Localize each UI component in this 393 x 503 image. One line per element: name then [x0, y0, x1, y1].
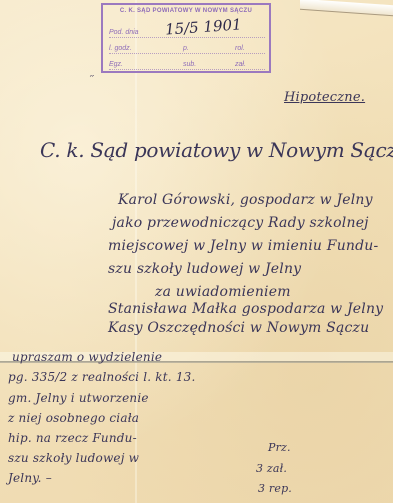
stamp-hour-end: rol. [235, 45, 245, 52]
stamp-copies-label: Egz. [109, 61, 123, 68]
petition-line: upraszam o wydzielenie [12, 350, 162, 364]
body-line: Stanisława Małka gospodarza w Jelny [108, 301, 383, 317]
document-category: Hipoteczne. [284, 90, 365, 105]
stamp-hour-label: l. godz. [109, 45, 132, 52]
body-line: Karol Górowski, gospodarz w Jelny [118, 192, 373, 208]
stamp-date-label: Pod. dnia [109, 29, 139, 36]
petition-line: szu szkoły ludowej w [8, 451, 139, 465]
petition-line: z niej osobnego ciała [8, 411, 139, 425]
body-line: jako przewodniczący Rady szkolnej [112, 215, 369, 231]
stamp-copies-mid: sub. [183, 61, 196, 68]
stamp-row-hour: l. godz. p. rol. [109, 41, 265, 54]
torn-paper-edge [300, 0, 393, 16]
stamp-hour-mid: p. [183, 45, 189, 52]
stamp-row-copies: Egz. sub. zał. [109, 57, 265, 70]
stamp-title: C. K. SĄD POWIATOWY W NOWYM SĄCZU [103, 8, 269, 14]
petition-line: gm. Jelny i utworzenie [8, 391, 149, 405]
attachments-line: Prz. [268, 441, 291, 454]
body-line: szu szkoły ludowej w Jelny [108, 261, 301, 277]
attachments-line: 3 rep. [258, 482, 292, 495]
petition-line: Jelny. – [8, 471, 52, 485]
ink-mark: ״ [89, 73, 95, 83]
court-receipt-stamp: C. K. SĄD POWIATOWY W NOWYM SĄCZU Pod. d… [101, 3, 271, 73]
attachments-line: 3 zał. [256, 462, 287, 475]
body-line: Kasy Oszczędności w Nowym Sączu [108, 320, 369, 336]
petition-line: hip. na rzecz Fundu- [8, 431, 137, 445]
body-line: miejscowej w Jelny w imieniu Fundu- [108, 238, 378, 254]
petition-line: pg. 335/2 z realności l. kt. 13. [8, 370, 196, 384]
body-line: za uwiadomieniem [155, 284, 291, 300]
document-addressee: C. k. Sąd powiatowy w Nowym Sączu [40, 138, 393, 162]
stamp-copies-end: zał. [235, 61, 246, 68]
document-scan: C. K. SĄD POWIATOWY W NOWYM SĄCZU Pod. d… [0, 0, 393, 503]
